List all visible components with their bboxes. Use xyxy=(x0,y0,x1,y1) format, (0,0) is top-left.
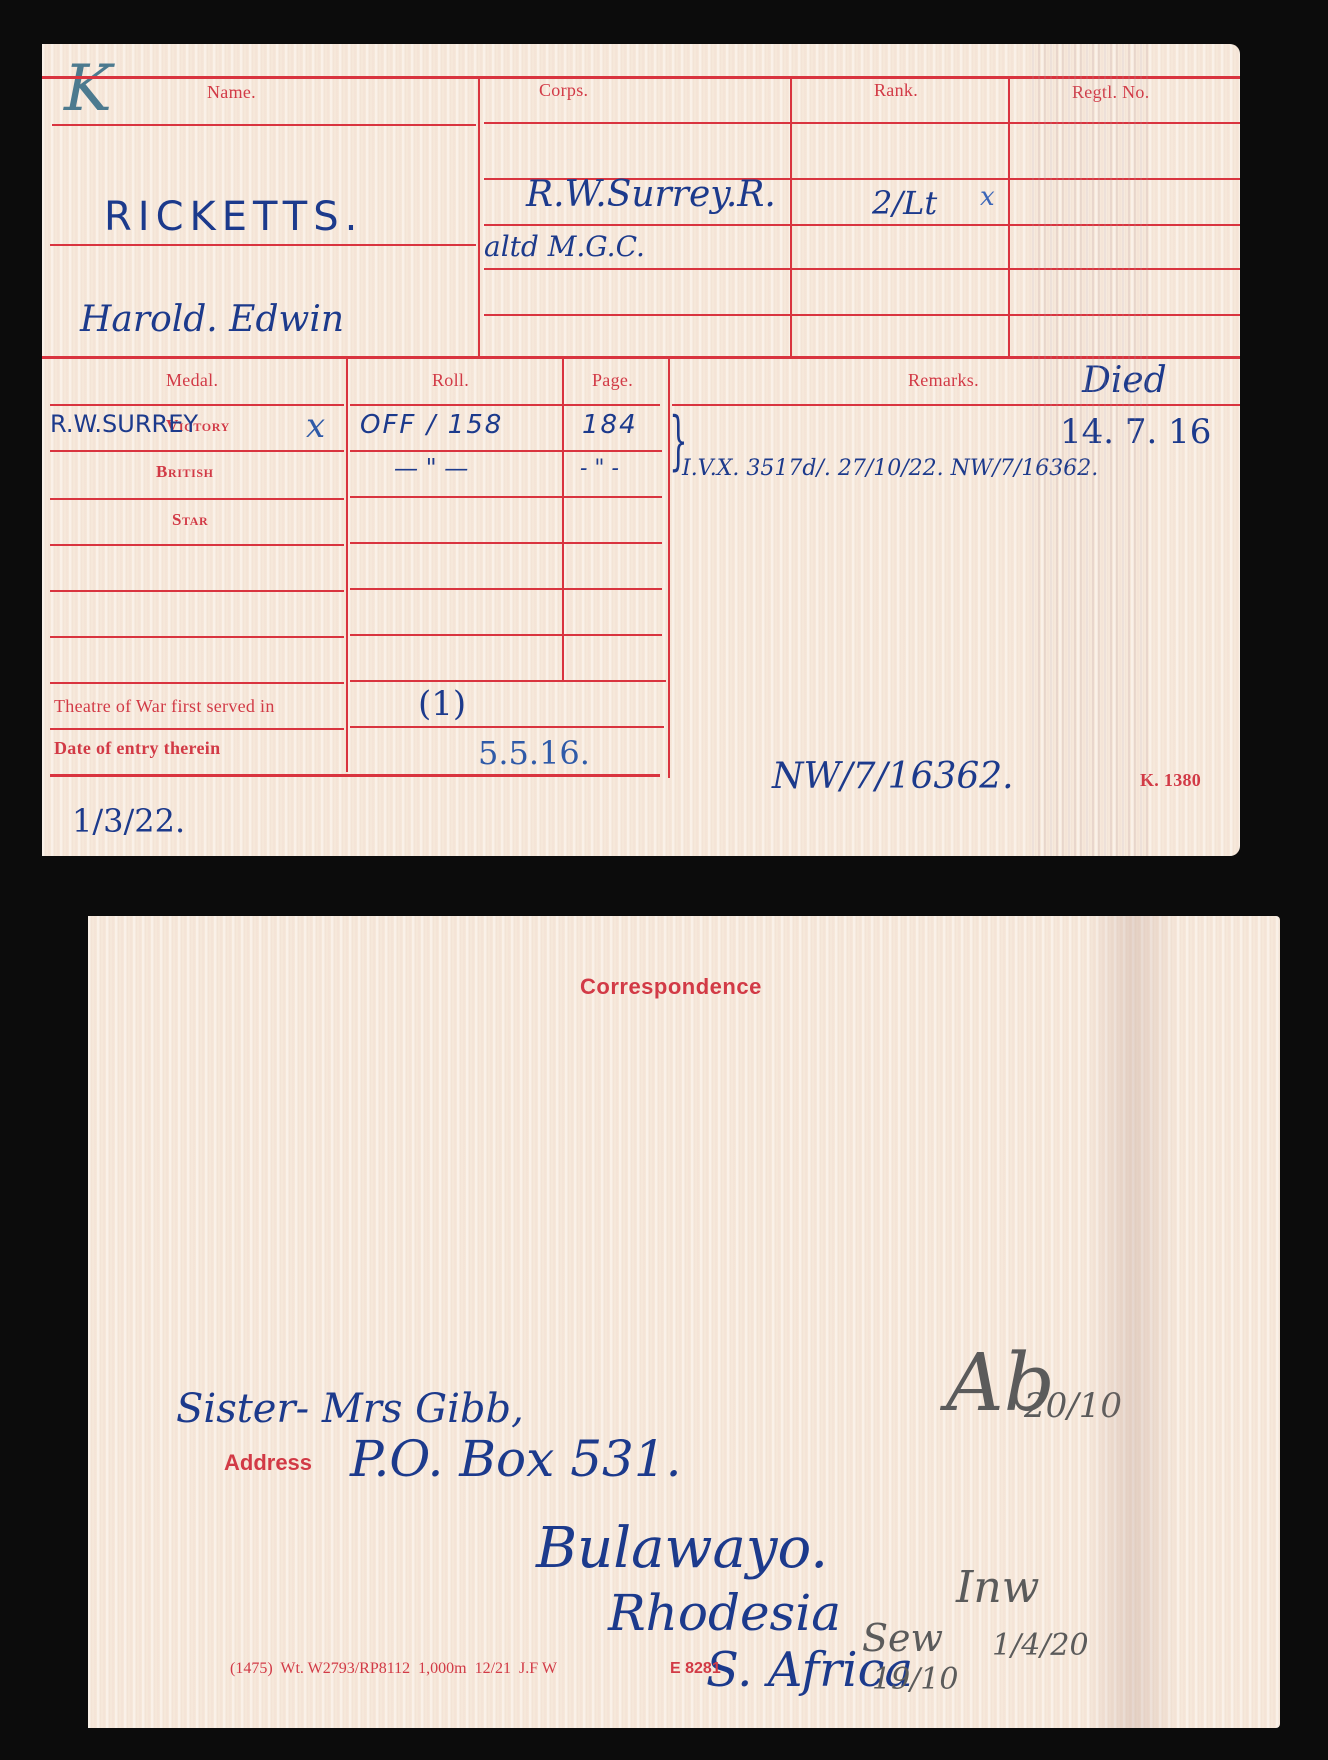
entry-date-value: 5.5.16. xyxy=(478,734,590,772)
rule xyxy=(350,588,662,590)
corner-mark: K xyxy=(64,52,112,126)
address-line-1: Sister- Mrs Gibb, xyxy=(176,1386,524,1432)
header-roll: Roll. xyxy=(432,370,469,391)
rule xyxy=(350,496,662,498)
medal-index-card-front: K Name. Corps. Rank. Regtl. No. RICKETTS… xyxy=(42,44,1240,856)
correspondence-title: Correspondence xyxy=(580,974,762,1000)
corps-line-2: altd M.G.C. xyxy=(484,230,645,263)
pencil-note-3-date: 19/10 xyxy=(872,1662,958,1697)
rule xyxy=(50,636,344,638)
rule xyxy=(50,590,344,592)
rank-mark: x xyxy=(980,182,995,212)
header-name: Name. xyxy=(207,82,256,103)
bottom-ref: NW/7/16362. xyxy=(772,756,1014,797)
divider xyxy=(346,358,348,772)
rule xyxy=(672,404,1240,406)
pencil-note-3: Sew xyxy=(862,1616,943,1660)
address-line-2: P.O. Box 531. xyxy=(350,1430,682,1488)
remarks-line-1: I.V.X. 3517d/. 27/10/22. NW/7/16362. xyxy=(682,456,1098,481)
rule xyxy=(42,356,1240,359)
page-value-victory: 184 xyxy=(582,410,638,440)
rule xyxy=(484,122,1240,124)
print-footer: (1475) Wt. W2793/RP8112 1,000m 12/21 J.F… xyxy=(230,1660,557,1678)
header-remarks: Remarks. xyxy=(908,370,979,391)
rule xyxy=(50,544,344,546)
rule xyxy=(50,774,660,777)
rule xyxy=(484,224,1240,226)
rule xyxy=(350,542,662,544)
divider xyxy=(562,358,564,680)
theatre-label: Theatre of War first served in xyxy=(54,696,275,717)
print-code: E 8281 xyxy=(670,1660,721,1678)
rule xyxy=(484,314,1240,316)
rule xyxy=(350,726,664,728)
medal-row-unit: R.W.SURREY xyxy=(50,410,198,438)
header-rank: Rank. xyxy=(874,80,918,101)
header-page: Page. xyxy=(592,370,633,391)
rule xyxy=(350,680,666,682)
surname: RICKETTS. xyxy=(104,194,363,240)
roll-value-victory: OFF / 158 xyxy=(360,410,503,440)
rule xyxy=(350,404,660,406)
medal-index-card-back: Correspondence Sister- Mrs Gibb, Address… xyxy=(88,916,1280,1728)
theatre-value: (1) xyxy=(418,684,466,724)
address-label: Address xyxy=(224,1450,312,1476)
address-line-4: Rhodesia xyxy=(608,1584,841,1642)
rank-value: 2/Lt xyxy=(872,184,937,222)
rule xyxy=(350,634,662,636)
rule xyxy=(50,682,344,684)
entry-date-label: Date of entry therein xyxy=(54,738,220,759)
address-line-3: Bulawayo. xyxy=(536,1516,828,1581)
rule xyxy=(50,728,344,730)
remarks-died: Died xyxy=(1082,360,1167,401)
rule xyxy=(50,244,476,246)
roll-value-british: — " — xyxy=(394,454,468,482)
header-regtl-no: Regtl. No. xyxy=(1072,82,1150,103)
medal-star: Star xyxy=(172,510,208,530)
rule xyxy=(50,404,344,406)
header-corps: Corps. xyxy=(539,80,588,101)
medal-british: British xyxy=(156,462,214,482)
divider xyxy=(478,78,480,358)
divider xyxy=(1008,78,1010,358)
pencil-note-2-date: 1/4/20 xyxy=(992,1628,1089,1663)
corps-line-1: R.W.Surrey.R. xyxy=(526,174,776,215)
rule xyxy=(350,450,662,452)
rule xyxy=(484,268,1240,270)
remarks-died-date: 14. 7. 16 xyxy=(1060,412,1211,452)
rule xyxy=(52,124,476,126)
page-value-british: - " - xyxy=(580,456,619,481)
rule xyxy=(50,450,344,452)
pencil-note-1-date: 20/10 xyxy=(1024,1386,1122,1426)
forenames: Harold. Edwin xyxy=(80,299,344,340)
medal-row-mark: x xyxy=(306,406,325,446)
rule xyxy=(50,498,344,500)
divider xyxy=(790,78,792,358)
rule xyxy=(42,76,1240,79)
header-medal: Medal. xyxy=(166,370,218,391)
pencil-note-2: Inw xyxy=(956,1562,1039,1613)
form-number: K. 1380 xyxy=(1140,770,1201,791)
bottom-date: 1/3/22. xyxy=(72,802,185,840)
